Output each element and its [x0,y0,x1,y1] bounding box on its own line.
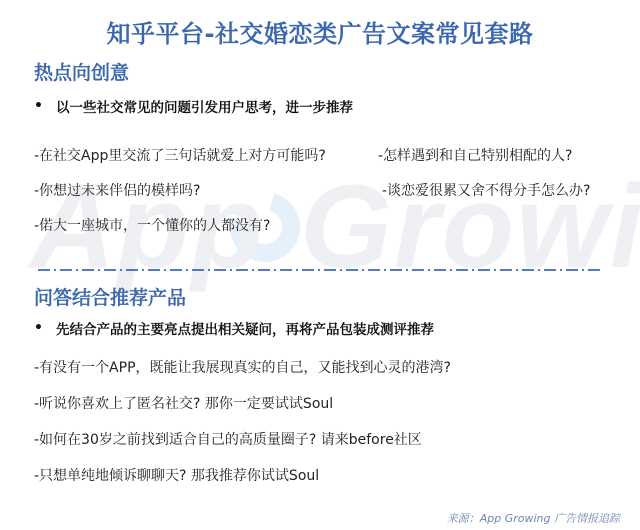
dash-dot-divider [38,269,600,271]
bullet-text: 先结合产品的主要亮点提出相关疑问，再将产品包装成测评推荐 [56,318,434,338]
section-heading-qa: 问答结合推荐产品 [34,283,186,310]
bullet-dot-icon: • [34,98,56,114]
list-item: -有没有一个APP，既能让我展现真实的自己，又能找到心灵的港湾? [34,357,451,377]
list-item: -偌大一座城市，一个懂你的人都没有? [34,215,270,235]
page-title: 知乎平台-社交婚恋类广告文案常见套路 [0,14,640,49]
section-heading-hotspot: 热点向创意 [34,58,129,85]
source-caption: 来源：App Growing 广告情报追踪 [447,510,620,526]
list-item: -谈恋爱很累又舍不得分手怎么办? [382,180,590,200]
bullet-text: 以一些社交常见的问题引发用户思考，进一步推荐 [56,96,353,116]
list-item: -你想过未来伴侣的模样吗? [34,180,200,200]
slide: App Growing 知乎平台-社交婚恋类广告文案常见套路 热点向创意 • 以… [0,0,640,530]
bullet-dot-icon: • [34,320,56,336]
list-item: -听说你喜欢上了匿名社交? 那你一定要试试Soul [34,393,333,413]
list-item: -只想单纯地倾诉聊聊天? 那我推荐你试试Soul [34,465,319,485]
list-item: -怎样遇到和自己特别相配的人? [378,145,572,165]
list-item: -如何在30岁之前找到适合自己的高质量圈子? 请来before社区 [34,429,422,449]
section-bullet-hotspot: • 以一些社交常见的问题引发用户思考，进一步推荐 [34,96,353,116]
list-item: -在社交App里交流了三句话就爱上对方可能吗? [34,145,326,165]
section-bullet-qa: • 先结合产品的主要亮点提出相关疑问，再将产品包装成测评推荐 [34,318,434,338]
